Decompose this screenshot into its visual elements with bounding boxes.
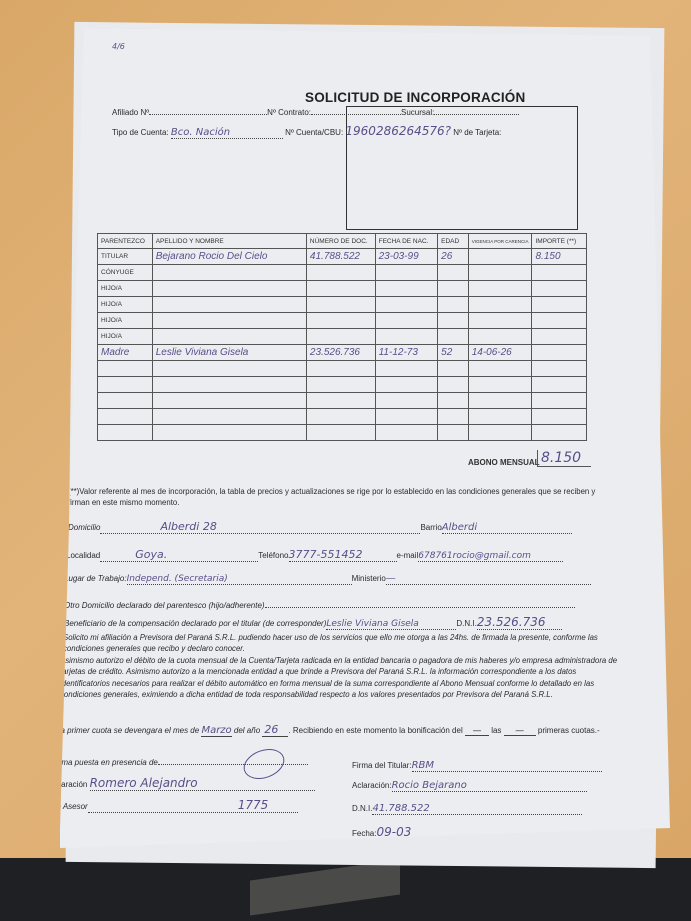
column-header: VIGENCIA POR CARENCIA bbox=[468, 234, 532, 249]
column-header: NÚMERO DE DOC. bbox=[306, 234, 375, 249]
cell-edad[interactable] bbox=[438, 265, 469, 281]
cell-nac[interactable] bbox=[375, 297, 438, 313]
table-row: HIJO/A bbox=[98, 297, 587, 313]
cell-nombre[interactable] bbox=[152, 313, 306, 329]
trabajo-field[interactable]: Independ. (Secretaria) bbox=[127, 574, 352, 585]
cell-nac[interactable] bbox=[375, 393, 438, 409]
cell-edad[interactable] bbox=[438, 409, 469, 425]
bonif-las-field[interactable]: — bbox=[504, 726, 536, 736]
cell-nac[interactable] bbox=[375, 281, 438, 297]
cell-vigencia[interactable] bbox=[468, 265, 532, 281]
cell-vigencia[interactable] bbox=[468, 361, 532, 377]
cell-parentezco[interactable] bbox=[98, 409, 153, 425]
cell-parentezco[interactable] bbox=[98, 377, 153, 393]
cell-nombre[interactable] bbox=[152, 425, 306, 441]
abono-mensual-label: ABONO MENSUAL bbox=[468, 458, 540, 467]
cell-edad[interactable] bbox=[438, 377, 469, 393]
cell-edad[interactable]: 26 bbox=[438, 249, 469, 265]
cell-vigencia[interactable] bbox=[468, 393, 532, 409]
cell-importe[interactable] bbox=[532, 393, 587, 409]
table-row bbox=[98, 377, 587, 393]
aclaracion-asesor-field[interactable]: Romero Alejandro bbox=[90, 776, 315, 791]
cell-vigencia[interactable]: 14-06-26 bbox=[468, 345, 532, 361]
cell-nac[interactable] bbox=[375, 329, 438, 345]
cell-parentezco[interactable] bbox=[98, 393, 153, 409]
aclaracion-titular-field[interactable]: Rocio Bejarano bbox=[392, 780, 587, 792]
abono-mensual-value[interactable]: 8.150 bbox=[537, 450, 591, 467]
beneficiario-dni-field[interactable]: 23.526.736 bbox=[477, 615, 562, 630]
aclaracion-titular-row: Aclaración:Rocio Bejarano bbox=[352, 780, 587, 794]
cell-doc[interactable] bbox=[306, 409, 375, 425]
cell-nac[interactable] bbox=[375, 409, 438, 425]
tipo-cuenta-field[interactable]: Bco. Nación bbox=[171, 127, 283, 139]
primer-cuota-row: La primer cuota se devengara el mes de M… bbox=[56, 723, 626, 737]
cell-nombre[interactable]: Bejarano Rocio Del Cielo bbox=[152, 249, 306, 265]
cell-doc[interactable] bbox=[306, 393, 375, 409]
firma-titular-field[interactable]: RBM bbox=[412, 760, 602, 772]
legal-debit-text: Asimismo autorizo el débito de la cuota … bbox=[60, 655, 620, 700]
cell-edad[interactable] bbox=[438, 281, 469, 297]
email-field[interactable]: 678761rocio@gmail.com bbox=[418, 551, 563, 562]
cell-vigencia[interactable] bbox=[468, 329, 532, 345]
cell-doc[interactable]: 41.788.522 bbox=[306, 249, 375, 265]
cell-nombre[interactable] bbox=[152, 281, 306, 297]
cell-importe[interactable] bbox=[532, 313, 587, 329]
firma-presencia-field[interactable] bbox=[158, 764, 308, 765]
column-header: FECHA DE NAC. bbox=[375, 234, 438, 249]
table-row: TITULARBejarano Rocio Del Cielo41.788.52… bbox=[98, 249, 587, 265]
cell-importe[interactable] bbox=[532, 425, 587, 441]
cell-parentezco[interactable]: HIJO/A bbox=[98, 313, 153, 329]
localidad-row: LocalidadGoya.Teléfono3777-551452e-mail6… bbox=[66, 548, 611, 562]
cell-nombre[interactable] bbox=[152, 409, 306, 425]
nro-asesor-field[interactable]: 1775 bbox=[88, 798, 298, 813]
mes-field[interactable]: Marzo bbox=[201, 725, 231, 737]
cell-importe[interactable] bbox=[532, 361, 587, 377]
cell-edad[interactable] bbox=[438, 313, 469, 329]
cell-doc[interactable] bbox=[306, 281, 375, 297]
column-header: EDAD bbox=[438, 234, 469, 249]
corner-mark: 4/6 bbox=[112, 42, 125, 51]
cell-nombre[interactable] bbox=[152, 297, 306, 313]
cell-parentezco[interactable]: TITULAR bbox=[98, 249, 153, 265]
cell-importe[interactable]: 8.150 bbox=[532, 249, 587, 265]
table-row: HIJO/A bbox=[98, 281, 587, 297]
table-row: CÓNYUGE bbox=[98, 265, 587, 281]
table-row: MadreLeslie Viviana Gisela23.526.73611-1… bbox=[98, 345, 587, 361]
cell-nombre[interactable] bbox=[152, 393, 306, 409]
cell-importe[interactable] bbox=[532, 409, 587, 425]
telefono-field[interactable]: 3777-551452 bbox=[289, 548, 397, 562]
cell-parentezco[interactable]: HIJO/A bbox=[98, 329, 153, 345]
firma-titular-row: Firma del Titular:RBM bbox=[352, 760, 602, 774]
dni-titular-field[interactable]: 41.788.522 bbox=[372, 803, 582, 815]
table-row bbox=[98, 409, 587, 425]
cell-doc[interactable] bbox=[306, 329, 375, 345]
nro-asesor-row: Nro Asesor1775 bbox=[48, 798, 298, 812]
cell-doc[interactable] bbox=[306, 361, 375, 377]
column-header: IMPORTE (**) bbox=[532, 234, 587, 249]
bonif-del-field[interactable]: — bbox=[465, 726, 489, 736]
cell-vigencia[interactable] bbox=[468, 409, 532, 425]
cell-vigencia[interactable] bbox=[468, 313, 532, 329]
cell-doc[interactable] bbox=[306, 265, 375, 281]
table-row bbox=[98, 425, 587, 441]
members-table: PARENTEZCOAPELLIDO Y NOMBRENÚMERO DE DOC… bbox=[97, 233, 587, 441]
cell-edad[interactable] bbox=[438, 297, 469, 313]
cell-nac[interactable] bbox=[375, 313, 438, 329]
aclaracion-asesor-row: Aclaración Romero Alejandro bbox=[50, 776, 315, 790]
ano-field[interactable]: 26 bbox=[262, 723, 288, 737]
localidad-field[interactable]: Goya. bbox=[100, 548, 258, 562]
table-row: HIJO/A bbox=[98, 313, 587, 329]
card-number-box[interactable] bbox=[346, 106, 578, 230]
cell-nac[interactable]: 11-12-73 bbox=[375, 345, 438, 361]
page-title: SOLICITUD DE INCORPORACIÓN bbox=[305, 90, 525, 105]
firma-presencia-row: Firma puesta en presencia de bbox=[52, 758, 308, 772]
cell-nac[interactable]: 23-03-99 bbox=[375, 249, 438, 265]
beneficiario-row: Beneficiario de la compensación declarad… bbox=[64, 615, 614, 629]
cell-nac[interactable] bbox=[375, 265, 438, 281]
cell-vigencia[interactable] bbox=[468, 297, 532, 313]
column-header: APELLIDO Y NOMBRE bbox=[152, 234, 306, 249]
column-header: PARENTEZCO bbox=[98, 234, 153, 249]
cell-importe[interactable] bbox=[532, 377, 587, 393]
cell-importe[interactable] bbox=[532, 281, 587, 297]
cell-parentezco[interactable]: HIJO/A bbox=[98, 297, 153, 313]
cell-edad[interactable] bbox=[438, 393, 469, 409]
otro-domicilio-field[interactable] bbox=[265, 607, 575, 608]
footnote: (**)Valor referente al mes de incorporac… bbox=[68, 486, 608, 509]
domicilio-row: DomicilioAlberdi 28BarrioAlberdi bbox=[68, 520, 608, 534]
cell-importe[interactable] bbox=[532, 329, 587, 345]
cell-edad[interactable]: 52 bbox=[438, 345, 469, 361]
cell-nombre[interactable] bbox=[152, 329, 306, 345]
table-row: HIJO/A bbox=[98, 329, 587, 345]
barrio-field[interactable]: Alberdi bbox=[442, 522, 572, 534]
cell-parentezco[interactable]: Madre bbox=[98, 345, 153, 361]
cell-vigencia[interactable] bbox=[468, 249, 532, 265]
cell-doc[interactable] bbox=[306, 377, 375, 393]
cell-edad[interactable] bbox=[438, 329, 469, 345]
cell-nombre[interactable] bbox=[152, 361, 306, 377]
cell-nombre[interactable] bbox=[152, 377, 306, 393]
domicilio-field[interactable]: Alberdi 28 bbox=[100, 520, 420, 534]
table-row bbox=[98, 393, 587, 409]
cell-importe[interactable] bbox=[532, 265, 587, 281]
cell-doc[interactable] bbox=[306, 297, 375, 313]
cell-doc[interactable] bbox=[306, 425, 375, 441]
legal-affiliation-text: Solicito mi afiliación a Previsora del P… bbox=[63, 632, 623, 655]
cell-vigencia[interactable] bbox=[468, 425, 532, 441]
form-sheet: 4/6 SOLICITUD DE INCORPORACIÓN Afiliado … bbox=[60, 28, 670, 858]
cell-parentezco[interactable] bbox=[98, 361, 153, 377]
cell-parentezco[interactable]: HIJO/A bbox=[98, 281, 153, 297]
beneficiario-field[interactable]: Leslie Viviana Gisela bbox=[326, 619, 456, 630]
cell-edad[interactable] bbox=[438, 425, 469, 441]
dni-titular-row: D.N.I.41.788.522 bbox=[352, 803, 582, 817]
cell-nombre[interactable]: Leslie Viviana Gisela bbox=[152, 345, 306, 361]
cell-nombre[interactable] bbox=[152, 265, 306, 281]
cell-nac[interactable] bbox=[375, 425, 438, 441]
cell-vigencia[interactable] bbox=[468, 377, 532, 393]
cell-vigencia[interactable] bbox=[468, 281, 532, 297]
cell-nac[interactable] bbox=[375, 377, 438, 393]
cell-doc[interactable]: 23.526.736 bbox=[306, 345, 375, 361]
table-row bbox=[98, 361, 587, 377]
ministerio-field[interactable]: — bbox=[386, 573, 591, 585]
cell-doc[interactable] bbox=[306, 313, 375, 329]
cell-parentezco[interactable]: CÓNYUGE bbox=[98, 265, 153, 281]
otro-domicilio-row: Otro Domicilio declarado del parentesco … bbox=[64, 601, 609, 615]
cell-importe[interactable] bbox=[532, 297, 587, 313]
cell-nac[interactable] bbox=[375, 361, 438, 377]
cell-edad[interactable] bbox=[438, 361, 469, 377]
trabajo-row: Lugar de Trabajo:Independ. (Secretaria)M… bbox=[64, 573, 609, 587]
cell-importe[interactable] bbox=[532, 345, 587, 361]
cell-parentezco[interactable] bbox=[98, 425, 153, 441]
